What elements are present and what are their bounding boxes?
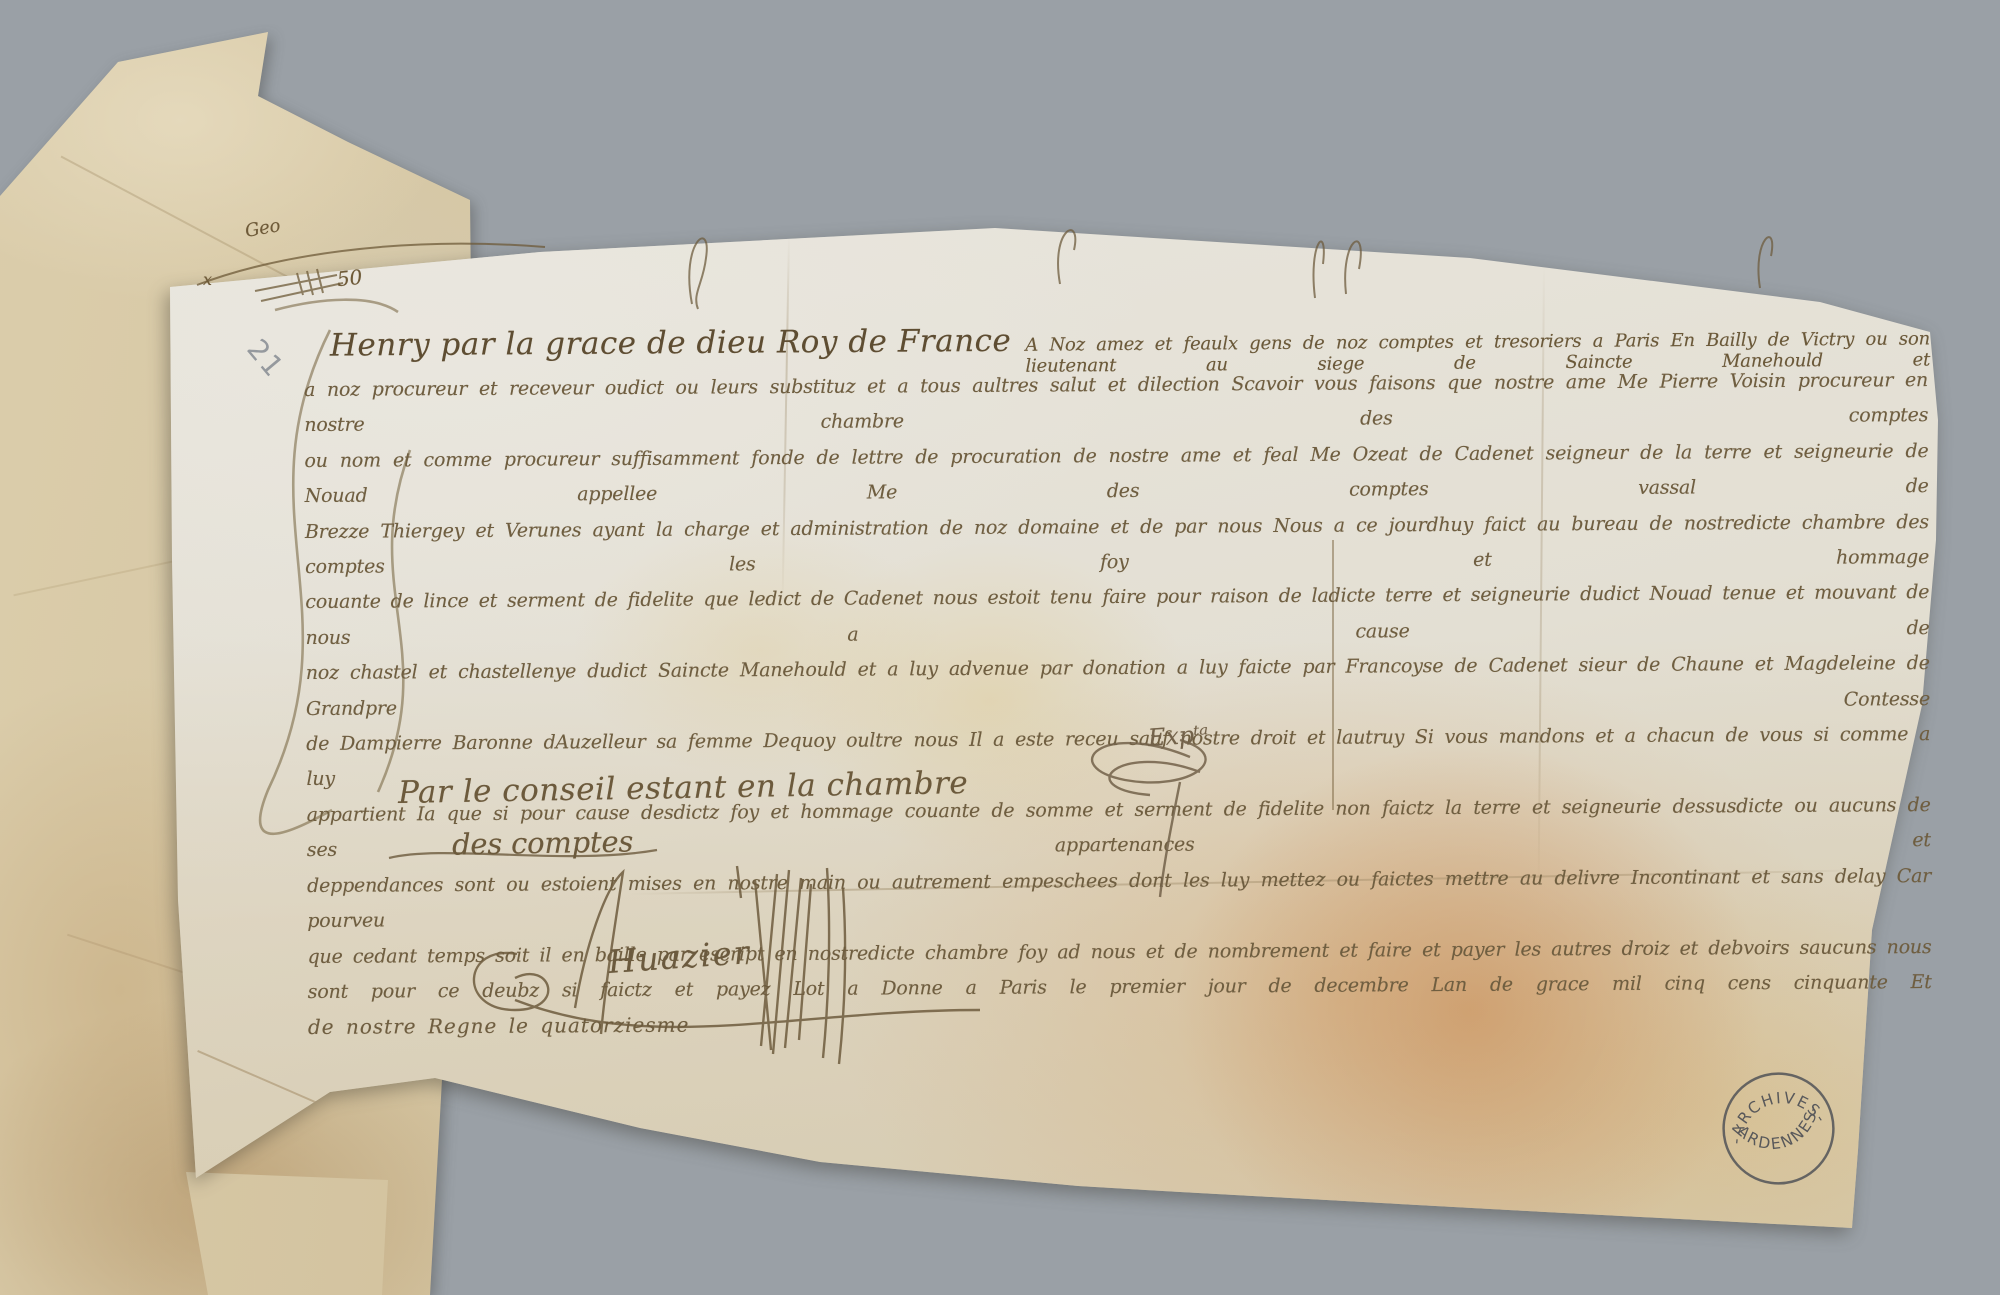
ascender-flourishes xyxy=(580,212,1880,327)
royal-intitulation: Henry par la grace de dieu Roy de France xyxy=(330,323,1012,364)
manuscript-line: a noz procureur et receveur oudict ou le… xyxy=(304,363,1928,444)
manuscript-line: ou nom et comme procureur suffisamment f… xyxy=(304,434,1928,515)
archival-photograph: Geo x 50 21 xyxy=(0,0,2000,1295)
manuscript-line: couante de lince et serment de fidelite … xyxy=(305,575,1929,656)
signature-paraph xyxy=(455,858,1035,1088)
ink-layer: Geo x 50 21 xyxy=(0,0,2000,1295)
manuscript-line: Brezze Thiergey et Verunes ayant la char… xyxy=(305,505,1929,586)
archives-ardennes-stamp: -ARCHIVES- -ARDENNES- xyxy=(1691,1041,1867,1217)
expedition-mark: Expᵗᵃ xyxy=(1147,720,1209,752)
